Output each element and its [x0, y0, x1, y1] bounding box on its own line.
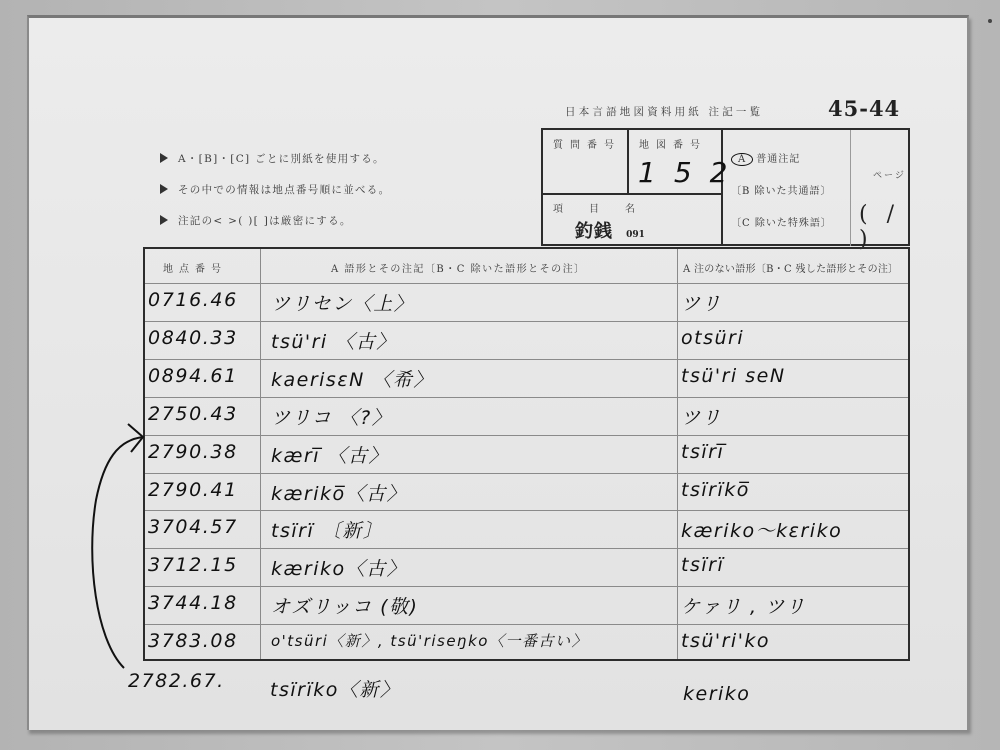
- table-row: 3704.57tsïrï 〔新〕kæriko～kɛriko: [145, 510, 908, 548]
- extra-point-number: 2782.67.: [128, 670, 225, 692]
- item-code: 091: [626, 230, 645, 240]
- row-divider: [145, 283, 908, 284]
- dust-speck: [988, 19, 992, 23]
- header-form-without-note: A 注のない語形〔B・C 残した語形とその注〕: [683, 260, 898, 275]
- form-with-note-cell: kæriko̅〈古〉: [271, 479, 407, 506]
- table-row: 3712.15kæriko〈古〉tsïrï: [145, 548, 908, 586]
- instruction-3: 注記の< >( )[ ]は厳密にする。: [160, 213, 352, 228]
- point-number-cell: 0840.33: [148, 327, 238, 349]
- row-divider: [145, 510, 908, 511]
- form-with-note-cell: kæriko〈古〉: [271, 554, 407, 581]
- note-type-a[interactable]: A普通注記: [735, 150, 800, 166]
- form-with-note-cell: kæri̅ 〈古〉: [271, 441, 389, 468]
- table-row: 2790.38kæri̅ 〈古〉tsïri̅: [145, 435, 908, 473]
- item-name-value: 釣銭: [575, 221, 613, 242]
- map-number-label: 地図番号: [639, 136, 707, 151]
- form-code: 45-44: [828, 96, 900, 121]
- extra-form-without-note: keriko: [683, 683, 750, 705]
- point-number-cell: 3783.08: [148, 630, 238, 652]
- triangle-bullet-icon: [160, 215, 168, 225]
- point-number-cell: 3704.57: [148, 516, 238, 538]
- form-title: 日本言語地図資料用紙 注記一覧: [565, 104, 763, 119]
- form-without-note-cell: otsüri: [681, 327, 744, 349]
- selected-circle-icon: A: [731, 153, 753, 166]
- table-row: 3783.08o'tsüri〈新〉, tsü'riseŋko〈一番古い〉tsü'…: [145, 624, 908, 662]
- point-number-cell: 2750.43: [148, 403, 238, 425]
- form-without-note-cell: ツリ: [681, 403, 722, 430]
- form-with-note-cell: tsïrï 〔新〕: [271, 516, 383, 543]
- row-divider: [145, 435, 908, 436]
- page-label: ページ: [873, 168, 906, 181]
- table-row: 0840.33tsü'ri 〈古〉otsüri: [145, 321, 908, 359]
- note-type-b[interactable]: 〔B 除いた共通語〕: [731, 182, 832, 197]
- form-without-note-cell: tsïrï: [681, 554, 724, 576]
- triangle-bullet-icon: [160, 184, 168, 194]
- row-divider: [145, 397, 908, 398]
- form-without-note-cell: ツリ: [681, 289, 722, 316]
- table-row: 2790.41kæriko̅〈古〉tsïrïko̅: [145, 473, 908, 511]
- item-name-label: 項目名: [553, 200, 661, 215]
- form-without-note-cell: tsïrïko̅: [681, 479, 750, 501]
- row-divider: [145, 321, 908, 322]
- map-number-value[interactable]: 152: [638, 156, 745, 189]
- point-number-cell: 3744.18: [148, 592, 238, 614]
- row-divider: [145, 548, 908, 549]
- table-row: 0716.46ツリセン〈上〉ツリ: [145, 283, 908, 321]
- form-without-note-cell: kæriko～kɛriko: [681, 516, 842, 543]
- form-with-note-cell: tsü'ri 〈古〉: [271, 327, 397, 354]
- form-with-note-cell: o'tsüri〈新〉, tsü'riseŋko〈一番古い〉: [271, 630, 588, 651]
- header-point-number: 地点番号: [163, 260, 227, 275]
- info-box: 質問番号 地図番号 152 項目名 釣銭 091 A普通注記 〔B 除いた共通語…: [541, 128, 910, 246]
- item-name: 釣銭 091: [575, 217, 645, 243]
- triangle-bullet-icon: [160, 153, 168, 163]
- table-row: 0894.61kaerisɛN 〈希〉tsü'ri seN: [145, 359, 908, 397]
- form-with-note-cell: ツリコ 〈?〉: [271, 403, 392, 430]
- header-form-with-note: A 語形とその注記〔B・C 除いた語形とその注〕: [331, 260, 586, 275]
- row-divider: [145, 586, 908, 587]
- page-number[interactable]: ( / ): [859, 202, 908, 252]
- point-number-cell: 2790.41: [148, 479, 238, 501]
- form-without-note-cell: tsïri̅: [681, 441, 724, 463]
- form-without-note-cell: tsü'ri'ko: [681, 630, 770, 652]
- point-number-cell: 0894.61: [148, 365, 238, 387]
- annotation-table: 地点番号 A 語形とその注記〔B・C 除いた語形とその注〕 A 注のない語形〔B…: [143, 247, 910, 661]
- instruction-2: その中での情報は地点番号順に並べる。: [160, 182, 390, 197]
- table-row: 2750.43ツリコ 〈?〉ツリ: [145, 397, 908, 435]
- divider: [627, 130, 629, 194]
- row-divider: [145, 624, 908, 625]
- point-number-cell: 0716.46: [148, 289, 238, 311]
- form-without-note-cell: ケァリ , ツリ: [681, 592, 806, 619]
- divider: [850, 130, 851, 246]
- instruction-1: A・[B]・[C] ごとに別紙を使用する。: [160, 151, 385, 166]
- row-divider: [145, 473, 908, 474]
- point-number-cell: 2790.38: [148, 441, 238, 463]
- form-without-note-cell: tsü'ri seN: [681, 365, 786, 387]
- table-row: 3744.18オズリッコ (敬)ケァリ , ツリ: [145, 586, 908, 624]
- question-number-label: 質問番号: [553, 136, 621, 151]
- extra-form-with-note: tsïrïko〈新〉: [270, 675, 400, 702]
- form-with-note-cell: オズリッコ (敬): [271, 592, 418, 619]
- row-divider: [145, 359, 908, 360]
- form-with-note-cell: ツリセン〈上〉: [271, 289, 414, 316]
- divider: [543, 193, 722, 195]
- form-with-note-cell: kaerisɛN 〈希〉: [271, 365, 434, 392]
- point-number-cell: 3712.15: [148, 554, 238, 576]
- note-type-c[interactable]: 〔C 除いた特殊語〕: [731, 214, 832, 229]
